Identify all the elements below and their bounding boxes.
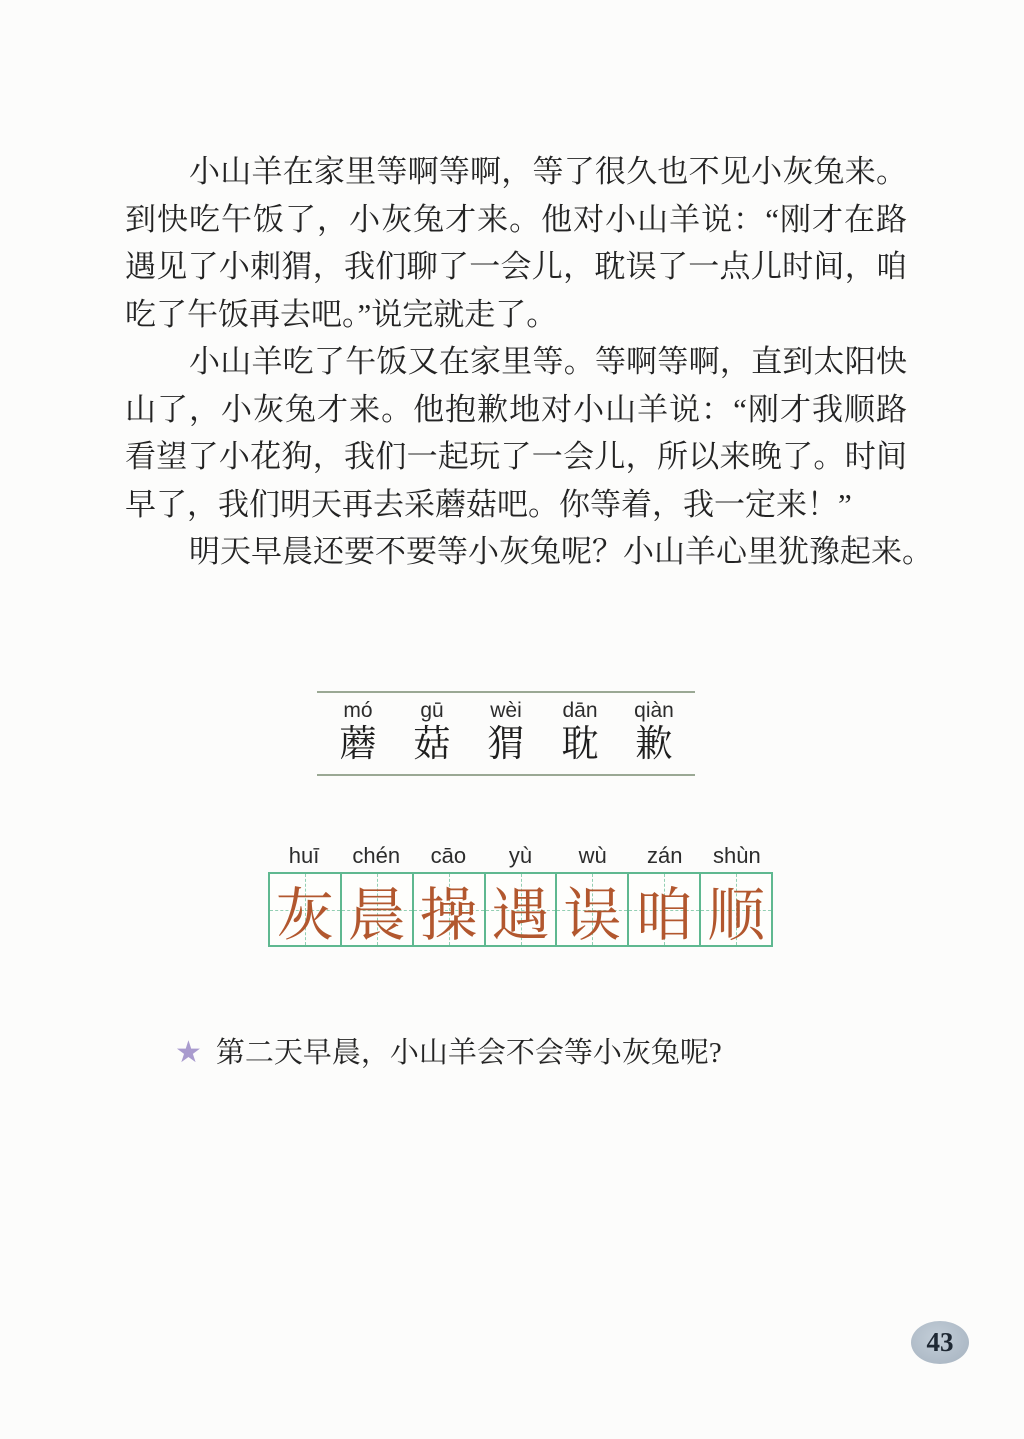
story-line: 看望了小花狗，我们一起玩了一会儿，所以来晚了。时间不	[125, 433, 907, 481]
pinyin-label: yù	[484, 842, 556, 870]
hanzi-character: 歉	[623, 724, 685, 766]
character-entry: gū 菇	[401, 699, 463, 766]
pinyin-label: cāo	[412, 842, 484, 870]
practice-character: 晨	[342, 874, 412, 945]
pinyin-label: wù	[557, 842, 629, 870]
pinyin-label: chén	[340, 842, 412, 870]
practice-character: 遇	[486, 874, 556, 945]
writing-practice-section: huī chén cāo yù wù zán shùn 灰 晨 操 遇 误 咱 …	[268, 842, 773, 947]
tianzige-cell: 咱	[629, 874, 701, 945]
pinyin-label: zán	[629, 842, 701, 870]
tianzige-cell: 晨	[342, 874, 414, 945]
story-line: 小山羊吃了午饭又在家里等。等啊等啊，直到太阳快下	[125, 338, 907, 386]
hanzi-character: 蘑	[327, 724, 389, 766]
tianzige-cell: 顺	[701, 874, 771, 945]
exercise-question: ★ 第二天早晨，小山羊会不会等小灰兔呢?	[175, 1033, 722, 1073]
practice-character: 误	[557, 874, 627, 945]
divider-line-bottom	[317, 774, 695, 776]
pinyin-label: mó	[327, 699, 389, 723]
hanzi-character: 猬	[475, 724, 537, 766]
tianzige-cell: 误	[557, 874, 629, 945]
story-line: 吃了午饭再去吧。”说完就走了。	[125, 291, 907, 339]
tianzige-cell: 遇	[486, 874, 558, 945]
story-line: 遇见了小刺猬，我们聊了一会儿，耽误了一点儿时间，咱们	[125, 243, 907, 291]
practice-character: 咱	[629, 874, 699, 945]
practice-character: 灰	[270, 874, 340, 945]
pinyin-label: huī	[268, 842, 340, 870]
story-line: 到快吃午饭了，小灰兔才来。他对小山羊说：“刚才在路上	[125, 196, 907, 244]
hanzi-character: 耽	[549, 724, 611, 766]
story-line: 明天早晨还要不要等小灰兔呢？小山羊心里犹豫起来。	[125, 528, 907, 576]
star-icon: ★	[175, 1033, 202, 1073]
question-text: 第二天早晨，小山羊会不会等小灰兔呢?	[216, 1033, 722, 1073]
practice-character: 操	[414, 874, 484, 945]
writing-pinyin-row: huī chén cāo yù wù zán shùn	[268, 842, 773, 870]
pinyin-label: shùn	[701, 842, 773, 870]
story-line: 早了，我们明天再去采蘑菇吧。你等着，我一定来！”	[125, 481, 907, 529]
character-entry: dān 耽	[549, 699, 611, 766]
new-characters-row: mó 蘑 gū 菇 wèi 猬 dān 耽 qiàn 歉	[317, 693, 695, 774]
page-number-badge: 43	[911, 1321, 969, 1364]
story-line: 山了，小灰兔才来。他抱歉地对小山羊说：“刚才我顺路去	[125, 386, 907, 434]
tianzige-cell: 灰	[270, 874, 342, 945]
story-line: 小山羊在家里等啊等啊，等了很久也不见小灰兔来。直	[125, 148, 907, 196]
page-number: 43	[927, 1327, 954, 1358]
practice-character: 顺	[701, 874, 771, 945]
character-entry: mó 蘑	[327, 699, 389, 766]
story-text: 小山羊在家里等啊等啊，等了很久也不见小灰兔来。直 到快吃午饭了，小灰兔才来。他对…	[125, 148, 907, 576]
tianzige-cell: 操	[414, 874, 486, 945]
hanzi-character: 菇	[401, 724, 463, 766]
character-entry: wèi 猬	[475, 699, 537, 766]
character-entry: qiàn 歉	[623, 699, 685, 766]
pinyin-label: qiàn	[623, 699, 685, 723]
tianzige-grid: 灰 晨 操 遇 误 咱 顺	[268, 872, 773, 947]
new-characters-section: mó 蘑 gū 菇 wèi 猬 dān 耽 qiàn 歉	[317, 691, 695, 776]
pinyin-label: wèi	[475, 699, 537, 723]
pinyin-label: dān	[549, 699, 611, 723]
pinyin-label: gū	[401, 699, 463, 723]
